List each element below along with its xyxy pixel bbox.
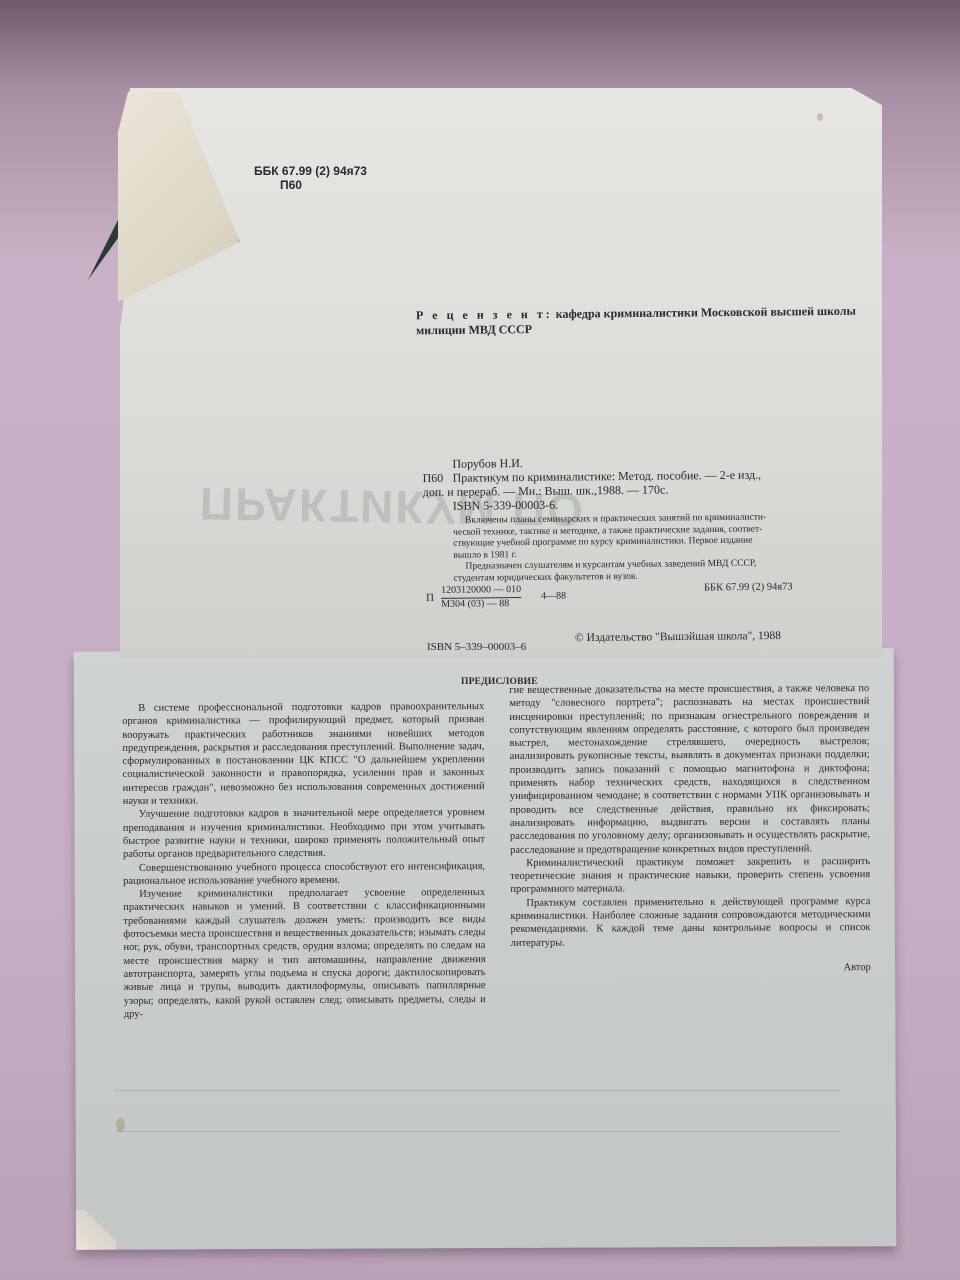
foreword-left-column: В системе профессиональной подготовки ка… — [122, 700, 486, 1021]
foreword-signature: Автор — [511, 961, 871, 976]
foreword-paragraph: Практикум составлен применительно к дейс… — [510, 895, 870, 950]
foreword-paragraph: Совершенствованию учебного процесса спос… — [123, 860, 485, 888]
catalog-card-mark: П60 — [422, 471, 443, 485]
fraction-denominator: М304 (03) — 88 — [441, 598, 509, 611]
catalog-annotation: Включены планы семинарских и практически… — [423, 512, 824, 585]
foreword-right-column: гие вещественные доказательства на месте… — [509, 682, 871, 976]
foreword-paragraph: гие вещественные доказательства на месте… — [509, 682, 870, 857]
catalog-mark: П60 — [254, 178, 367, 192]
foreword-paragraph: Криминалистический практикум поможет зак… — [510, 855, 870, 897]
isbn-bottom: ISBN 5–339–00003–6 — [427, 641, 526, 653]
fraction-suffix: 4—88 — [541, 591, 566, 603]
catalog-card: Порубов Н.И. П60 Практикум по криминалис… — [422, 453, 823, 585]
reviewer-text-line1: кафедра криминалистики Московской высшей… — [556, 304, 856, 321]
reviewer-label: Р е ц е н з е н т: — [416, 307, 553, 322]
bbk-classification: ББК 67.99 (2) 94я73 П60 — [254, 164, 367, 192]
foreword-paragraph: Изучение криминалистики предполагает усв… — [123, 886, 486, 1021]
stain — [116, 1118, 125, 1132]
bbk-code-bottom: ББК 67.99 (2) 94я73 — [704, 582, 793, 594]
catalog-isbn: ISBN 5-339-00003-6. — [423, 495, 823, 513]
reviewer-block: Р е ц е н з е н т: кафедра криминалистик… — [416, 304, 856, 339]
foreword-paragraph: Улучшение подготовки кадров в значительн… — [123, 806, 485, 861]
fraction-prefix: П — [426, 592, 434, 604]
stain — [817, 113, 823, 121]
fraction-numerator: 1203120000 — 010 — [441, 584, 521, 599]
bbk-code: ББК 67.99 (2) 94я73 — [254, 164, 367, 178]
bleed-through-table — [115, 1090, 840, 1132]
foreword-paragraph: В системе профессиональной подготовки ка… — [122, 700, 485, 808]
copyright-notice: © Издательство "Вышэйшая школа", 1988 — [575, 630, 781, 644]
